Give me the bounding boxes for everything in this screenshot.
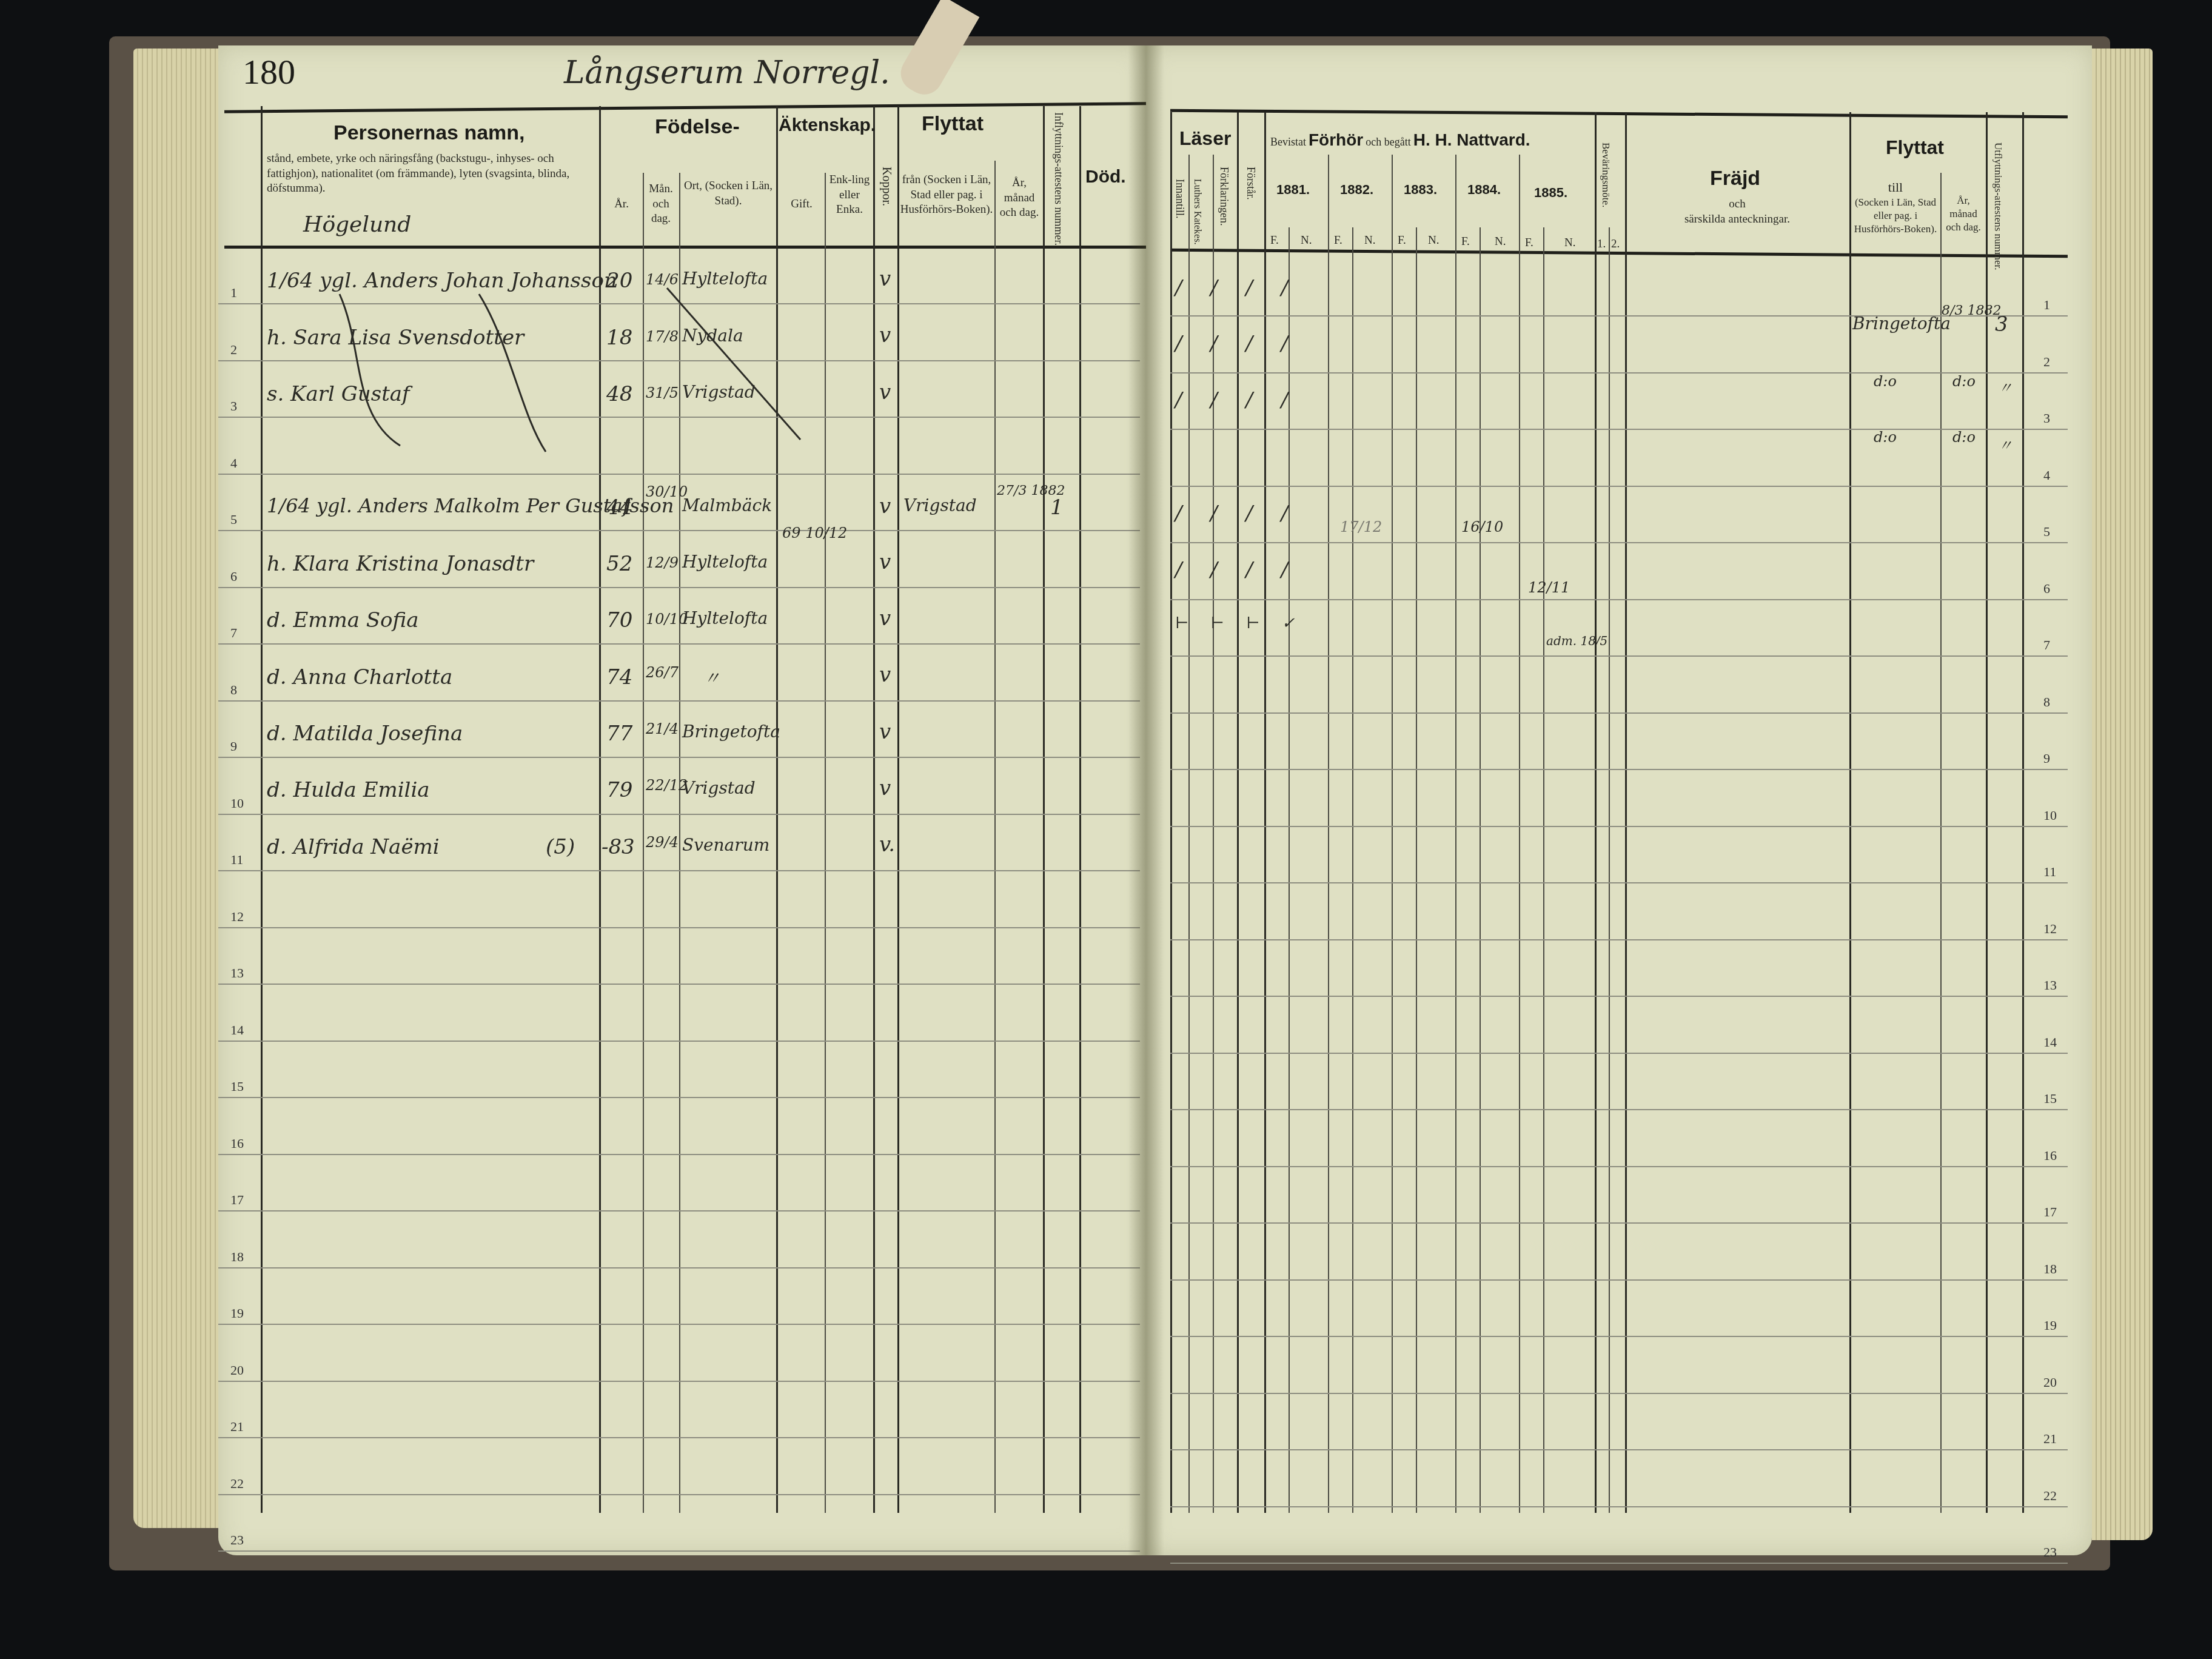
entry-date: 30/10 bbox=[646, 483, 688, 500]
col-divider bbox=[1188, 155, 1190, 1513]
row-rule bbox=[1170, 1053, 2068, 1054]
row-number: 6 bbox=[230, 569, 237, 585]
entry-kopper: v bbox=[879, 776, 891, 800]
entry-kopper: v bbox=[879, 663, 891, 687]
row-number: 11 bbox=[2043, 864, 2056, 880]
header-year-1884: 1884. bbox=[1467, 182, 1501, 198]
col-divider bbox=[1416, 227, 1417, 1513]
header-year-1882: 1882. bbox=[1340, 182, 1373, 198]
entry-place: Bringetofta bbox=[682, 722, 780, 742]
row-number: 2 bbox=[2043, 354, 2050, 370]
col-divider bbox=[1213, 155, 1214, 1513]
col-divider bbox=[1237, 112, 1239, 1513]
row-rule bbox=[218, 984, 1140, 985]
row-number: 8 bbox=[2043, 694, 2050, 710]
row-rule bbox=[218, 1324, 1140, 1325]
row-rule bbox=[1170, 882, 2068, 883]
header-flyttat-till: Flyttat bbox=[1886, 136, 1944, 159]
header-f: F. bbox=[1461, 235, 1470, 250]
row-number: 12 bbox=[2043, 921, 2057, 937]
row-rule bbox=[1170, 1393, 2068, 1394]
row-number: 19 bbox=[2043, 1318, 2057, 1333]
header-ar-manad: År, månad och dag. bbox=[997, 176, 1042, 221]
row-rule bbox=[218, 1267, 1140, 1269]
moved-to-date: d:o bbox=[1952, 373, 1976, 390]
moved-to-date: 8/3 1882 bbox=[1942, 303, 2001, 318]
book-gutter bbox=[1128, 45, 1164, 1555]
row-number: 7 bbox=[230, 625, 237, 641]
col-divider bbox=[2022, 112, 2024, 1513]
col-divider bbox=[1264, 112, 1266, 1513]
header-f: F. bbox=[1525, 236, 1533, 251]
header-year-1881: 1881. bbox=[1276, 182, 1310, 198]
header-gift: Gift. bbox=[779, 197, 825, 212]
entry-year: 77 bbox=[606, 722, 632, 746]
row-number: 22 bbox=[2043, 1488, 2057, 1504]
header-n: N. bbox=[1364, 233, 1375, 249]
header-bev-1: 1. bbox=[1597, 237, 1606, 252]
row-rule bbox=[1170, 1449, 2068, 1450]
row-rule bbox=[1170, 542, 2068, 543]
row-number: 5 bbox=[2043, 524, 2050, 540]
parish-heading: Långserum Norregl. bbox=[564, 55, 890, 91]
row-number: 22 bbox=[230, 1476, 244, 1492]
header-f: F. bbox=[1270, 233, 1279, 249]
header-frajd-och: och bbox=[1631, 197, 1843, 212]
entry-date: 21/4 bbox=[646, 720, 679, 737]
row-number: 23 bbox=[230, 1532, 244, 1548]
row-number: 13 bbox=[2043, 977, 2057, 993]
row-number: 12 bbox=[230, 909, 244, 925]
entry-place: 〃 bbox=[703, 665, 720, 689]
row-number: 5 bbox=[230, 512, 237, 528]
col-divider bbox=[1625, 112, 1627, 1513]
row-number: 1 bbox=[2043, 297, 2050, 313]
entry-place: Vrigstad bbox=[682, 778, 756, 798]
header-bev-2: 2. bbox=[1611, 237, 1620, 252]
entry-note: (5) bbox=[546, 835, 575, 859]
strike-through-marks bbox=[218, 276, 885, 458]
row-rule bbox=[1170, 486, 2068, 487]
row-number: 14 bbox=[230, 1022, 244, 1038]
row-rule bbox=[1170, 599, 2068, 600]
nattvard-1882-n: 17/12 bbox=[1340, 518, 1382, 535]
nattvard-1885-n: adm. 18/5 bbox=[1546, 634, 1607, 648]
header-f: F. bbox=[1334, 233, 1342, 249]
entry-year: 44 bbox=[606, 495, 632, 520]
utflyttning-number: 3 bbox=[1995, 312, 2008, 337]
entry-name: d. Hulda Emilia bbox=[267, 778, 430, 802]
header-flyttat: Flyttat bbox=[922, 112, 984, 136]
row-number: 20 bbox=[230, 1362, 244, 1378]
row-rule bbox=[218, 1154, 1140, 1155]
row-rule bbox=[218, 530, 1140, 531]
header-kopper: Koppor. bbox=[879, 167, 893, 206]
entry-name: d. Matilda Josefina bbox=[267, 722, 463, 746]
row-rule bbox=[218, 643, 1140, 645]
moved-to: Bringetofta bbox=[1852, 313, 1951, 333]
row-rule bbox=[218, 927, 1140, 928]
entry-attest: 1 bbox=[1050, 495, 1064, 520]
header-year-1885: 1885. bbox=[1534, 185, 1567, 201]
col-divider bbox=[1352, 227, 1353, 1513]
row-rule bbox=[218, 1041, 1140, 1042]
laser-marks-row-7: ⊢ ⊢ ⊢ ✓ bbox=[1175, 614, 1304, 632]
header-names-title: Personernas namn, bbox=[333, 121, 525, 145]
row-rule bbox=[1170, 996, 2068, 997]
row-rule bbox=[1170, 372, 2068, 374]
row-number: 9 bbox=[2043, 751, 2050, 766]
entry-name: d. Anna Charlotta bbox=[267, 665, 452, 689]
header-fodelse-ar: År. bbox=[602, 197, 642, 212]
row-rule bbox=[218, 1210, 1140, 1212]
row-rule bbox=[1170, 826, 2068, 827]
row-number: 16 bbox=[2043, 1148, 2057, 1164]
entry-name: d. Emma Sofia bbox=[267, 608, 418, 632]
row-number: 10 bbox=[230, 796, 244, 811]
row-rule bbox=[1170, 712, 2068, 714]
header-forhor-bold2: H. H. Nattvard. bbox=[1413, 130, 1530, 149]
row-rule bbox=[218, 757, 1140, 758]
col-divider bbox=[897, 106, 899, 1513]
header-n: N. bbox=[1564, 236, 1575, 251]
row-number: 6 bbox=[2043, 581, 2050, 597]
row-rule bbox=[218, 1097, 1140, 1098]
row-number: 21 bbox=[230, 1419, 244, 1435]
col-divider bbox=[994, 161, 996, 1513]
header-forhor-pre: Bevistat bbox=[1270, 136, 1306, 148]
col-divider bbox=[1480, 227, 1481, 1513]
entry-place: Svenarum bbox=[682, 835, 769, 855]
entry-year: -83 bbox=[602, 835, 635, 859]
entry-date: 10/10 bbox=[646, 611, 688, 628]
row-rule bbox=[1170, 1279, 2068, 1281]
header-top-rule bbox=[1170, 109, 2068, 118]
entry-date: 22/12 bbox=[646, 777, 688, 794]
row-rule bbox=[218, 700, 1140, 702]
entry-name: h. Klara Kristina Jonasdtr bbox=[267, 552, 534, 576]
right-page-edges bbox=[2092, 49, 2153, 1540]
row-rule bbox=[218, 1437, 1140, 1438]
header-utflyttning: Utflyttnings-attestens nummer. bbox=[1992, 142, 2004, 270]
moved-to-date: d:o bbox=[1952, 429, 1976, 446]
row-rule bbox=[218, 870, 1140, 871]
col-divider bbox=[1392, 155, 1393, 1513]
col-divider bbox=[1170, 112, 1172, 1513]
row-rule bbox=[1170, 429, 2068, 430]
col-divider bbox=[1043, 106, 1045, 1513]
row-rule bbox=[1170, 1109, 2068, 1110]
row-number: 10 bbox=[2043, 808, 2057, 823]
header-laser: Läser bbox=[1179, 127, 1231, 150]
entry-date: 12/9 bbox=[646, 554, 679, 571]
laser-marks-row-2: / / / / bbox=[1175, 332, 1299, 356]
header-forhor-bold: Förhör bbox=[1309, 130, 1363, 149]
col-divider bbox=[1543, 227, 1544, 1513]
header-frajd: Fräjd bbox=[1710, 167, 1760, 190]
header-forhor-mid: och begått bbox=[1366, 136, 1410, 148]
moved-to: d:o bbox=[1874, 429, 1897, 446]
col-divider bbox=[1986, 112, 1988, 1513]
header-fodelse-ort: Ort, (Socken i Län, Stad). bbox=[682, 179, 775, 209]
entry-year: 52 bbox=[606, 552, 632, 576]
row-number: 15 bbox=[230, 1079, 244, 1094]
row-number: 9 bbox=[230, 739, 237, 754]
header-n: N. bbox=[1428, 233, 1439, 249]
entry-date: 26/7 bbox=[646, 664, 679, 681]
row-number: 14 bbox=[2043, 1034, 2057, 1050]
entry-moved-from: Vrigstad bbox=[903, 495, 977, 515]
header-fodelse-man: Mån. och dag. bbox=[644, 182, 678, 227]
entry-kopper: v. bbox=[879, 833, 895, 857]
col-divider bbox=[1289, 227, 1290, 1513]
col-divider bbox=[1519, 155, 1520, 1513]
row-rule bbox=[1170, 1166, 2068, 1167]
header-fran: från (Socken i Län, Stad eller pag. i Hu… bbox=[900, 173, 993, 218]
laser-marks-row-5: / / / / bbox=[1175, 501, 1299, 526]
row-number: 23 bbox=[2043, 1544, 2057, 1560]
farm-name: Högelund bbox=[303, 212, 411, 237]
row-rule bbox=[1170, 939, 2068, 940]
row-rule bbox=[1170, 655, 2068, 657]
right-page: Läser Innantill. Luthers Katekes. Förkla… bbox=[1146, 45, 2092, 1555]
entry-kopper: v bbox=[879, 720, 891, 744]
entry-marriage: 69 10/12 bbox=[782, 525, 847, 541]
col-divider bbox=[1849, 112, 1851, 1513]
laser-marks-row-6: / / / / bbox=[1175, 558, 1299, 582]
left-page-edges bbox=[133, 49, 224, 1528]
row-rule bbox=[218, 474, 1140, 475]
entry-date: 29/4 bbox=[646, 834, 679, 851]
entry-place: Hyltelofta bbox=[682, 608, 768, 628]
row-number: 18 bbox=[230, 1249, 244, 1265]
utflyttning-number: 〃 bbox=[1998, 376, 2013, 397]
header-names-sub: stånd, embete, yrke och näringsfång (bac… bbox=[267, 152, 594, 196]
row-number: 17 bbox=[230, 1192, 244, 1208]
utflyttning-number: 〃 bbox=[1998, 434, 2013, 455]
nattvard-1885-f: 12/11 bbox=[1528, 579, 1570, 596]
row-number: 13 bbox=[230, 965, 244, 981]
row-number: 18 bbox=[2043, 1261, 2057, 1277]
entry-year: 79 bbox=[606, 778, 632, 802]
header-n: N. bbox=[1301, 233, 1312, 249]
row-number: 19 bbox=[230, 1305, 244, 1321]
entry-place: Malmbäck bbox=[682, 495, 772, 515]
header-dod: Död. bbox=[1085, 167, 1126, 187]
row-number: 21 bbox=[2043, 1431, 2057, 1447]
row-rule bbox=[1170, 1563, 2068, 1564]
row-rule bbox=[1170, 1336, 2068, 1337]
header-aktenskap: Äktenskap. bbox=[779, 115, 876, 136]
row-number: 15 bbox=[2043, 1091, 2057, 1107]
entry-place: Hyltelofta bbox=[682, 552, 768, 572]
row-number: 3 bbox=[2043, 411, 2050, 426]
row-number: 11 bbox=[230, 852, 243, 868]
laser-marks-row-1: / / / / bbox=[1175, 276, 1299, 300]
row-rule bbox=[1170, 1506, 2068, 1507]
col-divider bbox=[1940, 173, 1942, 1513]
row-rule bbox=[218, 587, 1140, 588]
entry-name: d. Alfrida Naëmi bbox=[267, 835, 440, 859]
header-year-1883: 1883. bbox=[1404, 182, 1437, 198]
row-rule bbox=[218, 814, 1140, 815]
header-innantill: Innantill. bbox=[1173, 179, 1186, 219]
entry-kopper: v bbox=[879, 494, 891, 518]
header-till-sub: (Socken i Län, Stad eller pag. i Husförh… bbox=[1852, 196, 1939, 236]
header-forklaringen: Förklaringen. bbox=[1218, 167, 1230, 226]
header-till: till bbox=[1852, 179, 1939, 196]
header-forstar: Förstår. bbox=[1244, 167, 1257, 200]
moved-to: d:o bbox=[1874, 373, 1897, 390]
row-number: 7 bbox=[2043, 637, 2050, 653]
entry-year: 74 bbox=[606, 665, 632, 689]
col-divider bbox=[1328, 155, 1329, 1513]
nattvard-1884-f: 16/10 bbox=[1461, 518, 1503, 535]
row-rule bbox=[1170, 769, 2068, 770]
row-number: 17 bbox=[2043, 1204, 2057, 1220]
header-n: N. bbox=[1495, 235, 1506, 250]
laser-marks-row-3: / / / / bbox=[1175, 388, 1299, 412]
row-number: 4 bbox=[2043, 468, 2050, 483]
entry-kopper: v bbox=[879, 606, 891, 631]
left-page: 180 Långserum Norregl. Personernas namn,… bbox=[218, 45, 1146, 1555]
row-rule bbox=[1170, 1222, 2068, 1224]
col-divider bbox=[1595, 112, 1597, 1513]
header-bevaringsmote: Beväringsmöte. bbox=[1600, 142, 1612, 207]
header-bottom-rule bbox=[224, 246, 1146, 249]
row-rule bbox=[218, 1550, 1140, 1552]
header-enkling: Enk-ling eller Enka. bbox=[827, 173, 872, 218]
header-forhor: Bevistat Förhör och begått H. H. Nattvar… bbox=[1270, 130, 1530, 150]
header-f: F. bbox=[1398, 233, 1406, 249]
header-katekes: Luthers Katekes. bbox=[1191, 179, 1202, 244]
col-divider bbox=[1455, 155, 1456, 1513]
col-divider bbox=[1079, 106, 1081, 1513]
page-number: 180 bbox=[243, 52, 295, 92]
header-frajd-sub: särskilda anteckningar. bbox=[1631, 212, 1843, 227]
row-number: 8 bbox=[230, 682, 237, 698]
row-rule bbox=[218, 1381, 1140, 1382]
entry-year: 70 bbox=[606, 608, 632, 632]
header-ar-manad: År, månad och dag. bbox=[1943, 194, 1984, 234]
header-top-rule bbox=[224, 102, 1146, 113]
entry-kopper: v bbox=[879, 550, 891, 574]
row-number: 20 bbox=[2043, 1375, 2057, 1390]
header-fodelse: Födelse- bbox=[655, 115, 740, 139]
row-rule bbox=[218, 1494, 1140, 1495]
col-divider bbox=[1609, 227, 1610, 1513]
header-inflyttning: Inflyttnings-attestens nummer. bbox=[1052, 112, 1065, 246]
row-number: 16 bbox=[230, 1136, 244, 1151]
